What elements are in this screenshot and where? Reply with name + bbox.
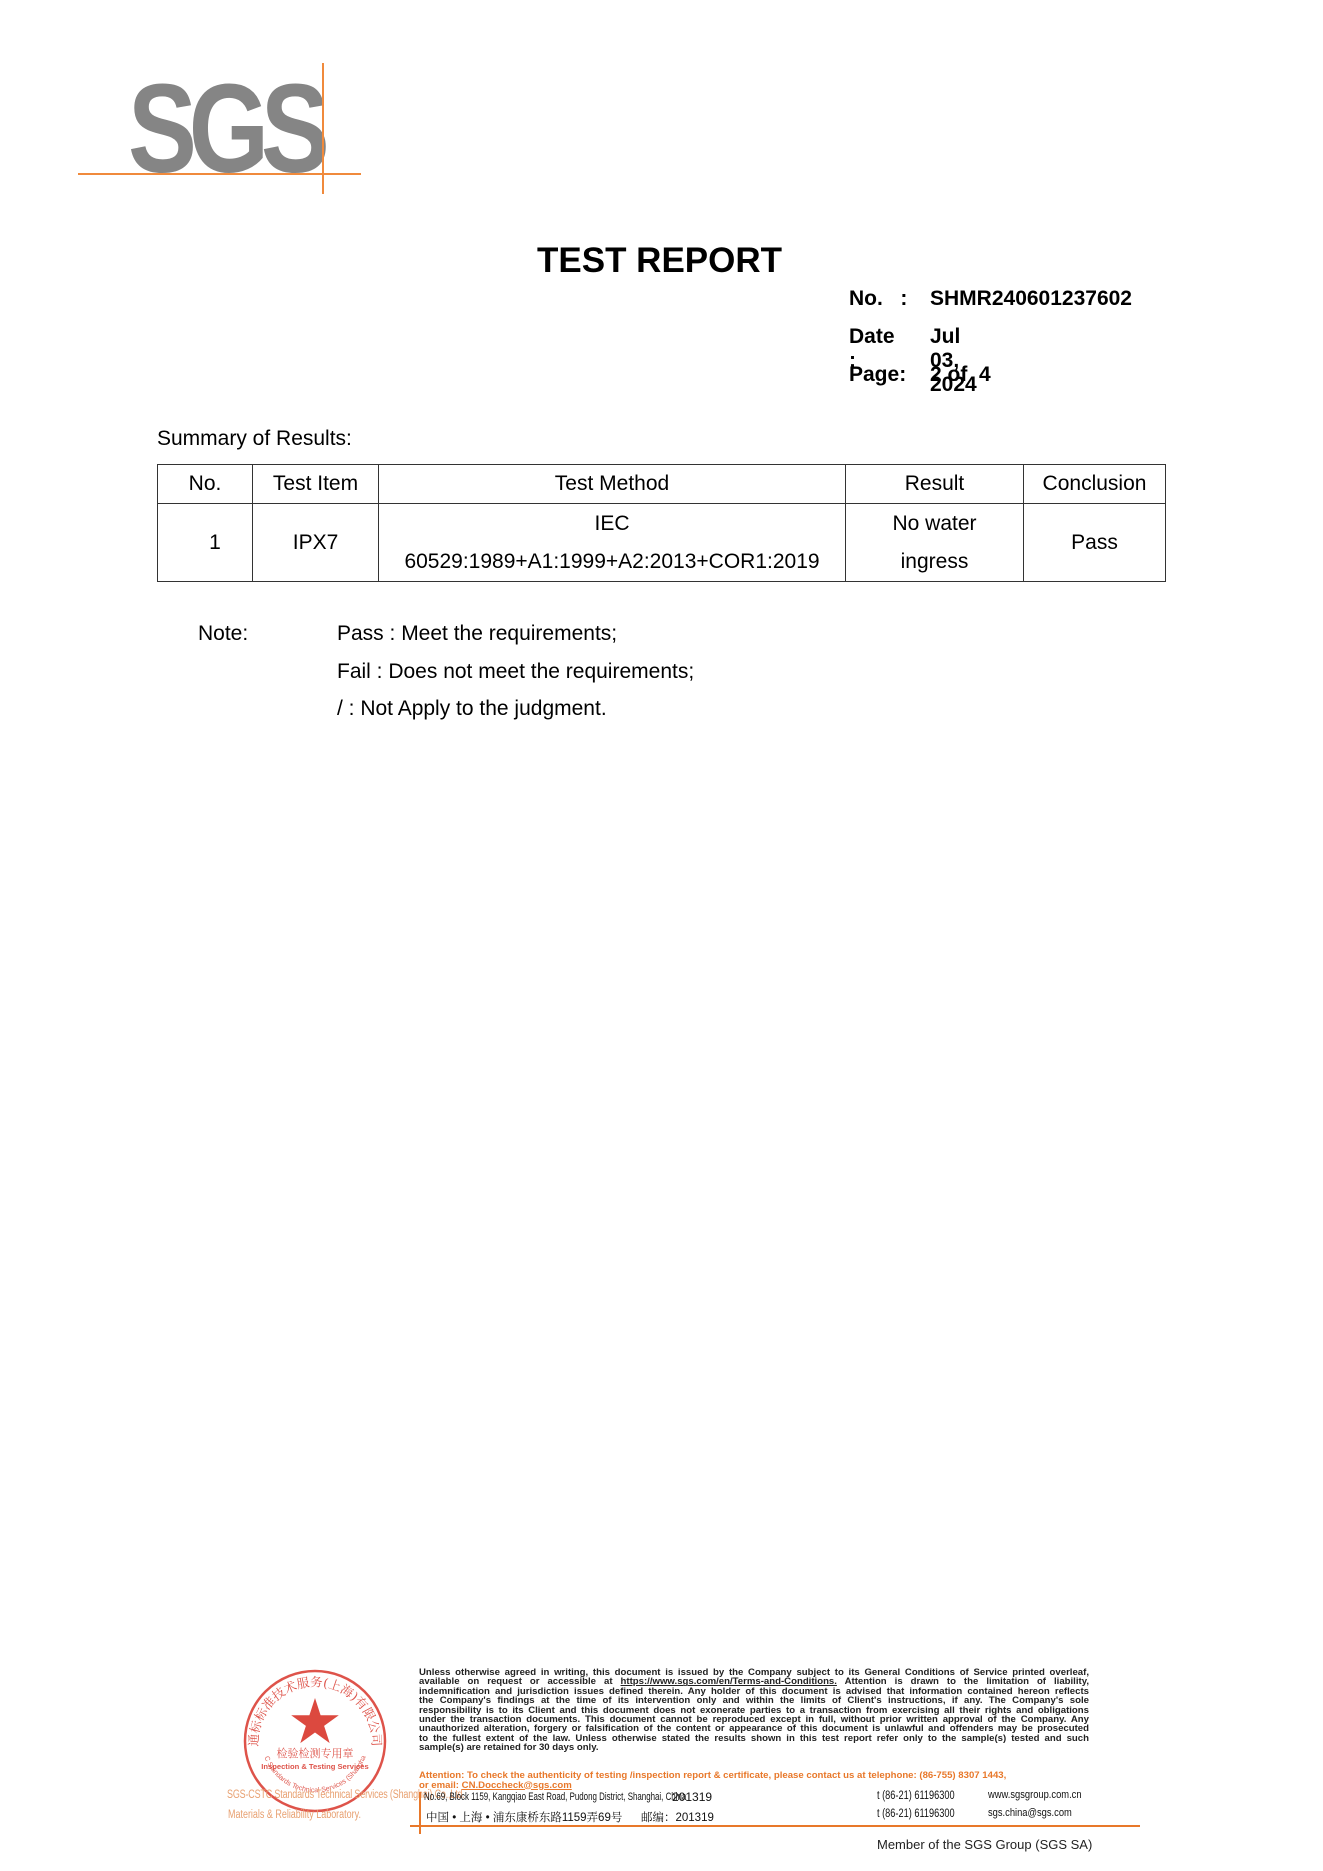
- address-english: No.69, Block 1159, Kangqiao East Road, P…: [424, 1791, 686, 1803]
- lab-name: Materials & Reliability Laboratory.: [228, 1809, 361, 1821]
- legal-disclaimer: Unless otherwise agreed in writing, this…: [419, 1668, 1089, 1753]
- summary-heading: Summary of Results:: [157, 427, 352, 451]
- test-method-line1: IEC: [379, 505, 845, 543]
- stamp-center-cn: 检验检测专用章: [277, 1746, 354, 1760]
- result-line1: No water: [846, 505, 1023, 543]
- address-english-zip: 201319: [672, 1790, 712, 1804]
- col-header-conclusion: Conclusion: [1024, 465, 1166, 504]
- sgs-group-membership: Member of the SGS Group (SGS SA): [877, 1837, 1092, 1852]
- website-link[interactable]: www.sgsgroup.com.cn: [988, 1789, 1082, 1801]
- doccheck-email-link[interactable]: CN.Doccheck@sgs.com: [462, 1780, 572, 1791]
- authenticity-notice: Attention: To check the authenticity of …: [419, 1771, 1006, 1790]
- footer-horizontal-rule: [410, 1825, 1140, 1827]
- address-chinese-zip: 邮编：201319: [641, 1809, 714, 1825]
- report-page-label: Page:: [849, 363, 906, 387]
- results-table: No. Test Item Test Method Result Conclus…: [157, 464, 1166, 582]
- logo-horizontal-rule: [78, 173, 361, 175]
- col-header-test-item: Test Item: [253, 465, 379, 504]
- test-method-line2: 60529:1989+A1:1999+A2:2013+COR1:2019: [379, 543, 845, 581]
- attention-prefix: or email:: [419, 1780, 462, 1791]
- cell-no-text: 1: [209, 531, 221, 554]
- report-page-value: 2 of 4: [930, 363, 991, 387]
- note-pass: Pass : Meet the requirements;: [337, 622, 617, 646]
- table-row: 1 IPX7 IEC 60529:1989+A1:1999+A2:2013+CO…: [158, 504, 1166, 582]
- results-header-row: No. Test Item Test Method Result Conclus…: [158, 465, 1166, 504]
- report-number-label: No. :: [849, 287, 907, 311]
- note-fail: Fail : Does not meet the requirements;: [337, 660, 694, 684]
- telephone-2: t (86-21) 61196300: [877, 1808, 955, 1820]
- cell-result: No water ingress: [846, 504, 1024, 582]
- contact-email-link[interactable]: sgs.china@sgs.com: [988, 1807, 1072, 1819]
- cell-no: 1: [158, 504, 253, 582]
- cell-conclusion: Pass: [1024, 504, 1166, 582]
- telephone-1: t (86-21) 61196300: [877, 1790, 955, 1802]
- footer-vertical-rule: [419, 1792, 421, 1834]
- col-header-test-method: Test Method: [379, 465, 846, 504]
- disclaimer-line: sample(s) are retained for 30 days only.: [419, 1743, 1089, 1752]
- report-number-value: SHMR240601237602: [930, 287, 1132, 311]
- cell-test-method: IEC 60529:1989+A1:1999+A2:2013+COR1:2019: [379, 504, 846, 582]
- logo-vertical-rule: [322, 63, 324, 194]
- stamp-center-en: Inspection & Testing Services: [261, 1762, 368, 1771]
- col-header-no: No.: [158, 465, 253, 504]
- result-line2: ingress: [846, 543, 1023, 581]
- report-title: TEST REPORT: [537, 241, 782, 281]
- address-chinese: 中国 • 上海 • 浦东康桥东路1159弄69号: [426, 1809, 622, 1825]
- note-label: Note:: [198, 622, 248, 646]
- cell-test-item: IPX7: [253, 504, 379, 582]
- star-icon: [291, 1698, 339, 1743]
- note-not-apply: / : Not Apply to the judgment.: [337, 697, 607, 721]
- attention-email-line: or email: CN.Doccheck@sgs.com: [419, 1781, 1006, 1791]
- col-header-result: Result: [846, 465, 1024, 504]
